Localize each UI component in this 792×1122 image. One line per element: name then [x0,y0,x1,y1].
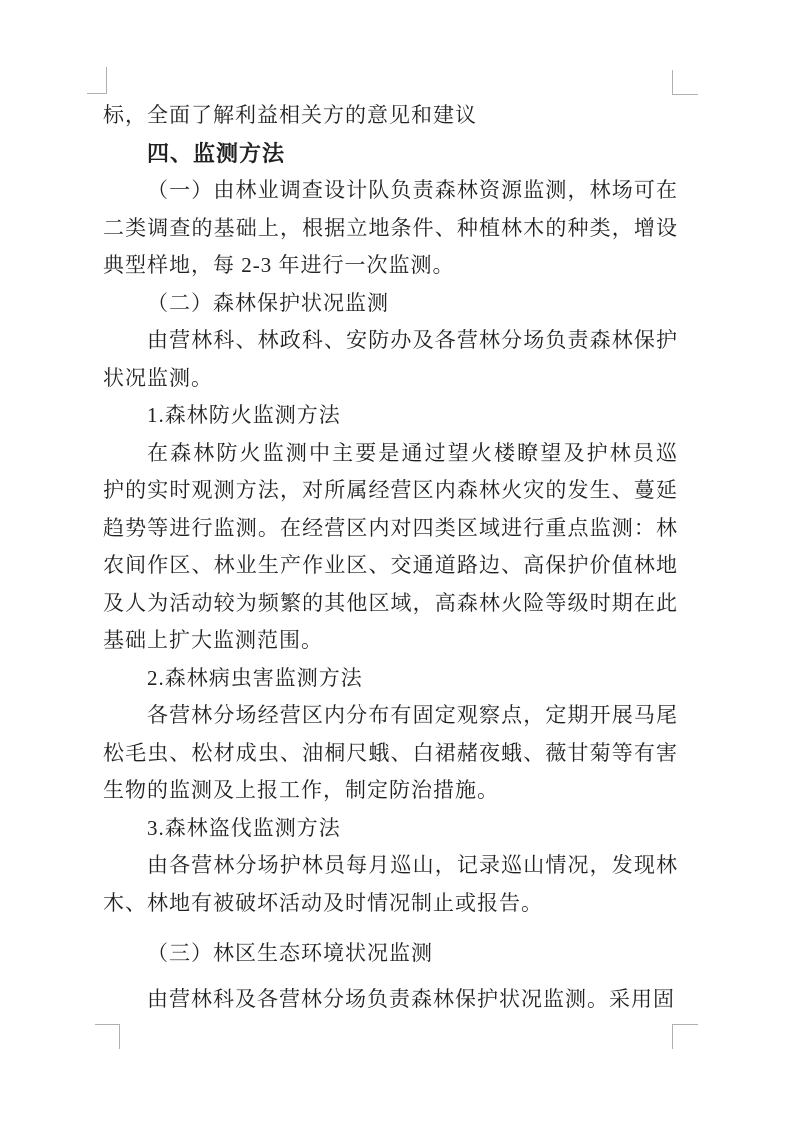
text-line: 农间作区、林业生产作业区、交通道路边、高保护价值林地 [103,547,677,585]
text-line: 趋势等进行监测。在经营区内对四类区域进行重点监测：林 [103,510,677,548]
text-line: 在森林防火监测中主要是通过望火楼瞭望及护林员巡 [103,435,677,473]
list-item-title: 2.森林病虫害监测方法 [103,660,677,698]
text-line: 各营林分场经营区内分布有固定观察点，定期开展马尾 [103,697,677,735]
list-item-title: 3.森林盗伐监测方法 [103,810,677,848]
list-item-title: 1.森林防火监测方法 [103,397,677,435]
subsection-title: （二）森林保护状况监测 [103,285,677,323]
crop-mark-bottom-left [95,1024,120,1049]
text-line: 典型样地，每 2-3 年进行一次监测。 [103,247,677,285]
text-line: 木、林地有被破坏活动及时情况制止或报告。 [103,885,677,923]
text-line: 由营林科及各营林分场负责森林保护状况监测。采用固 [103,981,677,1019]
crop-mark-top-right [672,70,698,95]
text-line: （一）由林业调查设计队负责森林资源监测，林场可在 [103,172,677,210]
text-line: 由各营林分场护林员每月巡山，记录巡山情况，发现林 [103,847,677,885]
text-line: 二类调查的基础上，根据立地条件、种植林木的种类，增设 [103,210,677,248]
text-line: 标，全面了解利益相关方的意见和建议 [103,97,677,135]
document-page: 标，全面了解利益相关方的意见和建议 四、监测方法 （一）由林业调查设计队负责森林… [0,0,792,1122]
text-line: 松毛虫、松材成虫、油桐尺蛾、白裙赭夜蛾、薇甘菊等有害 [103,735,677,773]
text-line: 状况监测。 [103,360,677,398]
subsection-title: （三）林区生态环境状况监测 [103,935,677,973]
text-line: 生物的监测及上报工作，制定防治措施。 [103,772,677,810]
text-line: 护的实时观测方法，对所属经营区内森林火灾的发生、蔓延 [103,472,677,510]
crop-mark-bottom-right [672,1024,698,1049]
crop-mark-top-left [87,67,107,94]
text-line: 及人为活动较为频繁的其他区域，高森林火险等级时期在此 [103,585,677,623]
text-line: 基础上扩大监测范围。 [103,622,677,660]
text-area: 标，全面了解利益相关方的意见和建议 四、监测方法 （一）由林业调查设计队负责森林… [103,97,677,1018]
text-line: 由营林科、林政科、安防办及各营林分场负责森林保护 [103,322,677,360]
section-heading: 四、监测方法 [103,135,677,173]
